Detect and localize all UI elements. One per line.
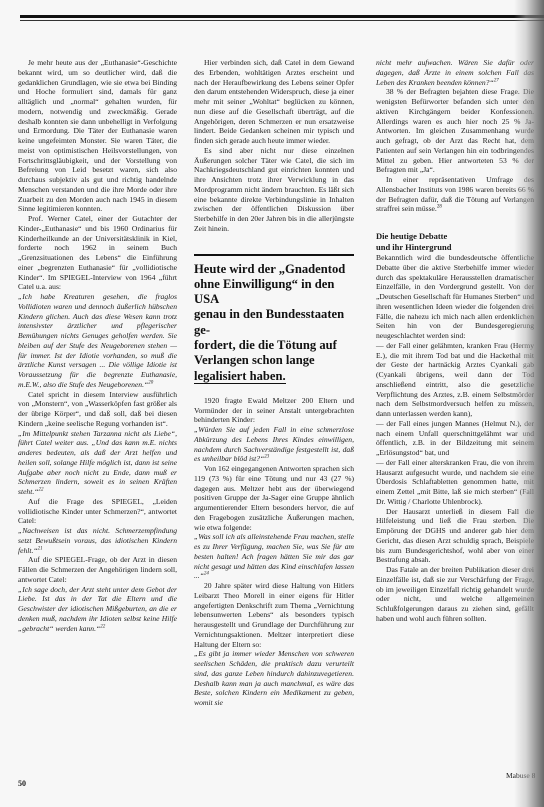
list-item: — der Fall einer gelähmten, kranken Frau… [376, 341, 534, 419]
section-heading: Die heutige Debatte und ihr Hintergrund [376, 231, 534, 252]
footnote-ref: 27 [494, 78, 499, 83]
pull-quote-line: genau in den Bundesstaaten ge- [194, 307, 354, 338]
block-quote: „Ich sage doch, der Arzt steht unter dem… [18, 585, 177, 634]
paragraph: Catel spricht in diesem Interview ausfüh… [18, 390, 177, 429]
footnote-ref: 23 [264, 455, 269, 460]
column-2: Hier verbinden sich, daß Catel in dem Ge… [194, 58, 354, 708]
pull-quote-line: Heute wird der „Gnadentod [194, 262, 354, 277]
paragraph: Auf die SPIEGEL-Frage, ob der Arzt in di… [18, 555, 177, 584]
footnote-ref: 24 [204, 572, 209, 577]
block-quote: „Ich habe Kreaturen gesehen, die fraglos… [18, 292, 177, 390]
footnote-ref: 28 [437, 205, 442, 210]
block-quote: nicht mehr aufwachen. Wären Sie dafür od… [376, 58, 534, 87]
paragraph: Hier verbinden sich, daß Catel in dem Ge… [194, 58, 354, 146]
paragraph: Je mehr heute aus der „Euthanasie“-Gesch… [18, 58, 177, 214]
list-item: — der Fall eines jungen Mannes (Helmut N… [376, 419, 534, 458]
pull-quote-line: Verlangen schon lange [194, 353, 354, 368]
paragraph: Prof. Werner Catel, einer der Gutachter … [18, 214, 177, 292]
paragraph: Das Fatale an der breiten Publikation di… [376, 565, 534, 624]
column-3: nicht mehr aufwachen. Wären Sie dafür od… [376, 58, 534, 624]
paragraph: Der Hausarzt unterließ in diesem Fall di… [376, 507, 534, 566]
footnote-ref: 20 [148, 380, 153, 385]
footer-label: Mabuse 8 [506, 771, 535, 780]
paragraph: In einer repräsentativen Umfrage des All… [376, 175, 534, 214]
pull-quote-line: legalisiert haben. [194, 369, 286, 384]
block-quote: „Was soll ich als alleinstehende Frau ma… [194, 532, 354, 581]
top-rule-thin [20, 20, 544, 21]
block-quote: „Im Mittelpunkt stehen Tarzanna nicht al… [18, 429, 177, 497]
paragraph: 38 % der Befragten bejahten diese Frage.… [376, 87, 534, 175]
footnote-ref: 22 [38, 487, 43, 492]
section-heading-line: Die heutige Debatte [376, 231, 534, 242]
footnote-ref: 22 [100, 624, 105, 629]
paragraph: Es sind aber nicht nur diese einzelnen Ä… [194, 146, 354, 234]
paragraph: 20 Jahre später wird diese Haltung von H… [194, 581, 354, 649]
block-quote: „Es gibt ja immer wieder Menschen von sc… [194, 649, 354, 708]
paragraph: Auf die Frage des SPIEGEL, „Leiden volli… [18, 497, 177, 526]
pull-quote: Heute wird der „Gnadentod ohne Einwillig… [194, 254, 354, 384]
block-quote: „Nachweisen ist das nicht. Schmerzempfin… [18, 526, 177, 555]
section-heading-line: und ihr Hintergrund [376, 242, 534, 253]
paragraph: Bekanntlich wird die bundesdeutsche öffe… [376, 253, 534, 341]
magazine-page: Je mehr heute aus der „Euthanasie“-Gesch… [0, 0, 544, 807]
footnote-ref: 21 [38, 546, 43, 551]
pull-quote-line: ohne Einwilligung“ in den USA [194, 277, 354, 308]
block-quote: „Würden Sie auf jeden Fall in eine schme… [194, 425, 354, 464]
paragraph: 1920 fragte Ewald Meltzer 200 Eltern und… [194, 396, 354, 425]
pull-quote-line: fordert, die die Tötung auf [194, 338, 354, 353]
paragraph: Von 162 eingegangenen Antworten sprachen… [194, 464, 354, 532]
page-number: 50 [18, 779, 26, 788]
column-1: Je mehr heute aus der „Euthanasie“-Gesch… [18, 58, 177, 633]
top-rule-thick [20, 15, 544, 18]
list-item: — der Fall einer alterskranken Frau, die… [376, 458, 534, 507]
